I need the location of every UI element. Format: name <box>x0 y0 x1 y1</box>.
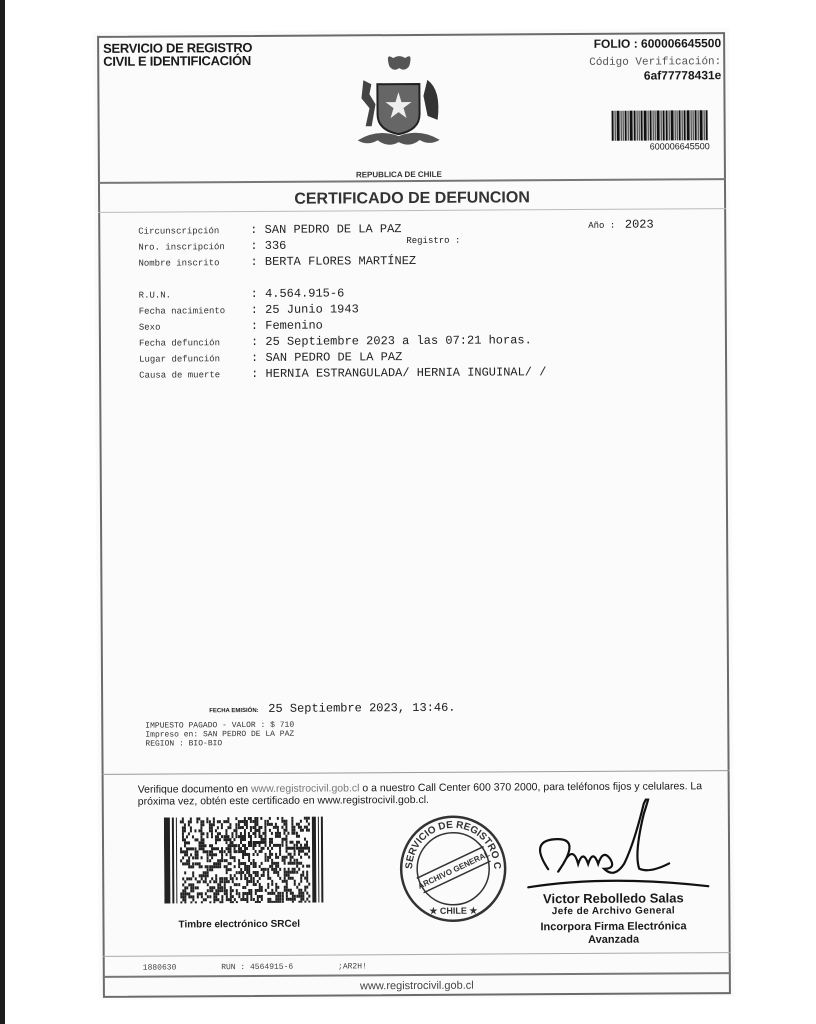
footer-run: RUN : 4564915-6 <box>221 963 293 972</box>
verification-code: 6af77778431e <box>644 68 722 82</box>
field-value: : SAN PEDRO DE LA PAZ <box>250 222 401 237</box>
chile-coat-of-arms-icon <box>343 50 454 161</box>
field-label: Sexo <box>139 322 251 333</box>
signature-note-1: Incorpora Firma Electrónica <box>508 920 718 934</box>
field-value: : BERTA FLORES MARTÍNEZ <box>250 254 416 269</box>
emission-value: 25 Septiembre 2023, 13:46. <box>268 701 455 716</box>
folio-number: 600006645500 <box>641 36 721 50</box>
year-label: Año : <box>588 221 615 231</box>
signer-block: Victor Rebolledo Salas Jefe de Archivo G… <box>508 890 718 947</box>
verification-code-label: Código Verificación: <box>589 56 721 69</box>
field-label: Circunscripción <box>138 226 250 237</box>
field-value: : 25 Junio 1943 <box>251 302 359 317</box>
folio: FOLIO : 600006645500 <box>594 36 722 51</box>
svg-text:ARCHIVO GENERAL: ARCHIVO GENERAL <box>417 849 492 891</box>
svg-text:★ CHILE ★: ★ CHILE ★ <box>429 906 478 916</box>
signature-note-2: Avanzada <box>509 933 719 947</box>
pdf417-barcode-icon <box>164 817 325 904</box>
field-label: Lugar defunción <box>139 354 251 365</box>
field-value: : Femenino <box>251 319 323 333</box>
field-value: : SAN PEDRO DE LA PAZ <box>251 350 402 365</box>
archive-seal-stamp: SERVICIO DE REGISTRO CIVIL E IDENTIFICAC… <box>398 813 509 924</box>
field-label: Nombre inscrito <box>138 258 250 269</box>
footer-code: 1880630 <box>143 963 177 972</box>
barcode-number: 600006645500 <box>650 141 710 151</box>
field-label: Nro. inscripción <box>138 242 250 253</box>
year: Año : 2023 <box>588 215 654 233</box>
death-certificate-page: SERVICIO DE REGISTRO CIVIL E IDENTIFICAC… <box>93 28 735 1000</box>
field-row: Causa de muerte: HERNIA ESTRANGULADA/ HE… <box>139 365 546 383</box>
footer-extra: ;AR2H! <box>338 962 367 971</box>
field-label: R.U.N. <box>139 290 251 301</box>
field-label: Causa de muerte <box>139 370 251 381</box>
verify-link[interactable]: www.registrocivil.gob.cl <box>251 782 360 795</box>
country-label: REPUBLICA DE CHILE <box>356 170 442 180</box>
signer-role: Jefe de Archivo General <box>508 905 718 917</box>
signer-name: Victor Rebolledo Salas <box>508 890 718 906</box>
year-value: 2023 <box>625 218 654 232</box>
print-info: IMPUESTO PAGADO - VALOR : $ 710 Impreso … <box>145 721 294 749</box>
field-value: : 4.564.915-6 <box>251 286 345 301</box>
verify-prefix: Verifique documento en <box>138 783 251 796</box>
footer-ids: 1880630 RUN : 4564915-6 ;AR2H! <box>143 962 407 973</box>
agency-name: SERVICIO DE REGISTRO CIVIL E IDENTIFICAC… <box>103 41 252 68</box>
certificate-fields: Circunscripción: SAN PEDRO DE LA PAZNro.… <box>138 221 546 383</box>
agency-line-2: CIVIL E IDENTIFICACIÓN <box>103 54 252 68</box>
field-value: : 25 Septiembre 2023 a las 07:21 horas. <box>251 333 532 349</box>
region: REGION : BIO-BIO <box>145 739 294 749</box>
timbre-label: Timbre electrónico SRCel <box>178 919 300 931</box>
barcode-icon <box>612 110 722 141</box>
field-label: Fecha nacimiento <box>139 306 251 317</box>
field-label <box>139 271 251 272</box>
printed-in: Impreso en: SAN PEDRO DE LA PAZ <box>145 730 294 740</box>
viewer-left-edge <box>0 0 5 1024</box>
field-value: : HERNIA ESTRANGULADA/ HERNIA INGUINAL/ … <box>251 365 546 381</box>
signature <box>518 798 719 899</box>
field-label: Fecha defunción <box>139 338 251 349</box>
field-value: : 336 <box>250 239 286 253</box>
folio-label: FOLIO : <box>594 37 638 51</box>
emission-label: FECHA EMISIÓN: <box>209 708 258 714</box>
emission-date: FECHA EMISIÓN: 25 Septiembre 2023, 13:46… <box>209 698 455 718</box>
